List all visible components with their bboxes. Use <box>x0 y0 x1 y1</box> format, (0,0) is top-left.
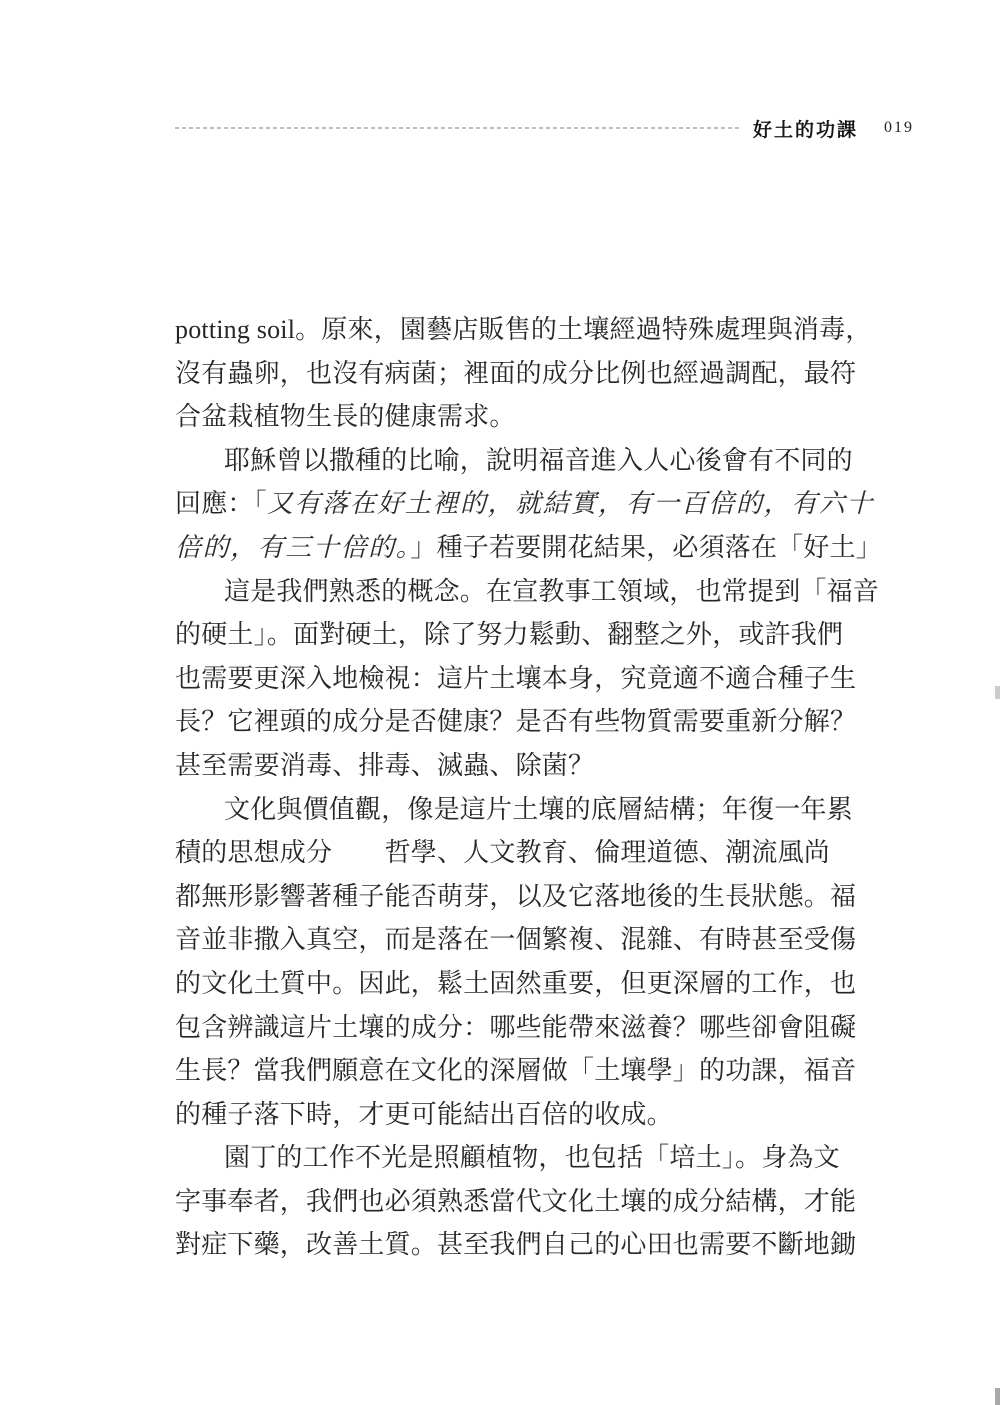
text-segment: 回應：「 <box>175 489 267 518</box>
text-segment: 都無形影響著種子能否萌芽，以及它落地後的生長狀態。福 <box>175 882 856 911</box>
text-segment: 生長？當我們願意在文化的深層做「土壤學」的功課，福音 <box>175 1056 856 1085</box>
text-segment: 沒有蟲卵，也沒有病菌；裡面的成分比例也經過調配，最符 <box>175 359 856 388</box>
text-segment: 積的思想成分 哲學、人文教育、倫理道德、潮流風尚 <box>175 838 830 867</box>
text-line: potting soil。原來，園藝店販售的土壤經過特殊處理與消毒， <box>175 308 875 352</box>
header-title: 好土的功課 <box>753 115 858 142</box>
text-block: potting soil。原來，園藝店販售的土壤經過特殊處理與消毒，沒有蟲卵，也… <box>175 308 875 1267</box>
page-number: 019 <box>884 119 914 137</box>
text-line: 倍的，有三十倍的。」種子若要開花結果，必須落在「好土」 <box>175 526 875 570</box>
text-line: 園丁的工作不光是照顧植物，也包括「培土」。身為文 <box>175 1136 875 1180</box>
text-segment: 也需要更深入地檢視：這片土壤本身，究竟適不適合種子生 <box>175 664 856 693</box>
text-segment: 的硬土」。面對硬土，除了努力鬆動、翻整之外，或許我們 <box>175 620 843 649</box>
scripture-quote-segment: 又有落在好土裡的，就結實，有一百倍的，有六十 <box>267 489 874 518</box>
scan-artifact <box>995 1388 1000 1405</box>
text-line: 的種子落下時，才更可能結出百倍的收成。 <box>175 1093 875 1137</box>
text-line: 耶穌曾以撒種的比喻，說明福音進入人心後會有不同的 <box>175 439 875 483</box>
text-segment: 包含辨識這片土壤的成分：哪些能帶來滋養？哪些卻會阻礙 <box>175 1013 856 1042</box>
book-page: 好土的功課 019 potting soil。原來，園藝店販售的土壤經過特殊處理… <box>0 0 1000 1405</box>
text-segment: 」種子若要開花結果，必須落在「好土」 <box>410 533 882 562</box>
text-line: 對症下藥，改善土質。甚至我們自己的心田也需要不斷地鋤 <box>175 1223 875 1267</box>
text-segment: 音並非撒入真空，而是落在一個繁複、混雜、有時甚至受傷 <box>175 925 856 954</box>
text-segment: 文化與價值觀，像是這片土壤的底層結構；年復一年累 <box>224 795 853 824</box>
text-line: 也需要更深入地檢視：這片土壤本身，究竟適不適合種子生 <box>175 657 875 701</box>
text-segment: 甚至需要消毒、排毒、滅蟲、除菌？ <box>175 751 594 780</box>
text-line: 合盆栽植物生長的健康需求。 <box>175 395 875 439</box>
text-segment: 這是我們熟悉的概念。在宣教事工領域，也常提到「福音 <box>224 577 879 606</box>
text-line: 都無形影響著種子能否萌芽，以及它落地後的生長狀態。福 <box>175 875 875 919</box>
text-segment: 合盆栽植物生長的健康需求。 <box>175 402 516 431</box>
text-segment: 字事奉者，我們也必須熟悉當代文化土壤的成分結構，才能 <box>175 1187 856 1216</box>
text-line: 生長？當我們願意在文化的深層做「土壤學」的功課，福音 <box>175 1049 875 1093</box>
text-segment: 園丁的工作不光是照顧植物，也包括「培土」。身為文 <box>224 1143 840 1172</box>
text-line: 積的思想成分 哲學、人文教育、倫理道德、潮流風尚 <box>175 831 875 875</box>
text-segment: 耶穌曾以撒種的比喻，說明福音進入人心後會有不同的 <box>224 446 853 475</box>
scan-artifact <box>995 686 1000 699</box>
text-line: 沒有蟲卵，也沒有病菌；裡面的成分比例也經過調配，最符 <box>175 352 875 396</box>
text-segment: 的種子落下時，才更可能結出百倍的收成。 <box>175 1100 673 1129</box>
text-line: 音並非撒入真空，而是落在一個繁複、混雜、有時甚至受傷 <box>175 918 875 962</box>
scripture-quote-segment: 倍的，有三十倍的。 <box>175 533 410 562</box>
text-line: 字事奉者，我們也必須熟悉當代文化土壤的成分結構，才能 <box>175 1180 875 1224</box>
running-header: 好土的功課 019 <box>175 112 915 144</box>
text-line: 這是我們熟悉的概念。在宣教事工領域，也常提到「福音 <box>175 570 875 614</box>
text-line: 的硬土」。面對硬土，除了努力鬆動、翻整之外，或許我們 <box>175 613 875 657</box>
text-segment: 的文化土質中。因此，鬆土固然重要，但更深層的工作，也 <box>175 969 856 998</box>
text-line: 包含辨識這片土壤的成分：哪些能帶來滋養？哪些卻會阻礙 <box>175 1006 875 1050</box>
text-line: 文化與價值觀，像是這片土壤的底層結構；年復一年累 <box>175 788 875 832</box>
text-line: 回應：「又有落在好土裡的，就結實，有一百倍的，有六十 <box>175 482 875 526</box>
header-rule <box>175 127 741 129</box>
text-segment: potting soil。原來，園藝店販售的土壤經過特殊處理與消毒， <box>175 315 872 344</box>
text-segment: 長？它裡頭的成分是否健康？是否有些物質需要重新分解？ <box>175 707 856 736</box>
text-line: 甚至需要消毒、排毒、滅蟲、除菌？ <box>175 744 875 788</box>
text-line: 長？它裡頭的成分是否健康？是否有些物質需要重新分解？ <box>175 700 875 744</box>
text-line: 的文化土質中。因此，鬆土固然重要，但更深層的工作，也 <box>175 962 875 1006</box>
text-segment: 對症下藥，改善土質。甚至我們自己的心田也需要不斷地鋤 <box>175 1230 856 1259</box>
